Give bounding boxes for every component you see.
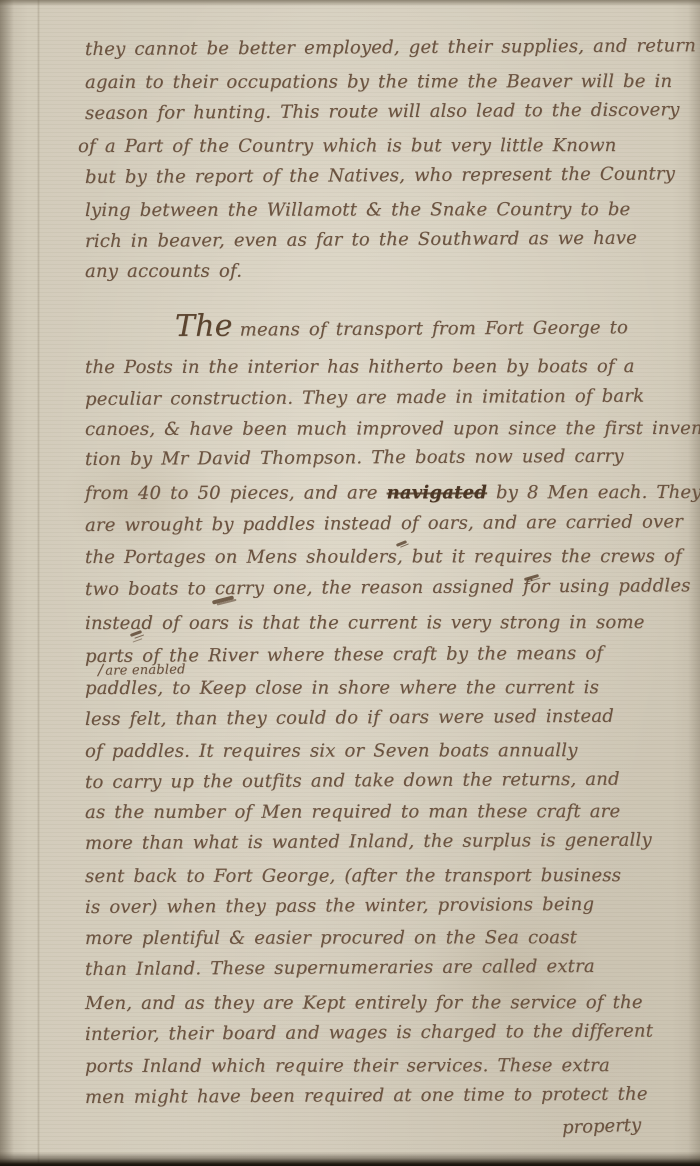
manuscript-line: is over) when they pass the winter, prov… (85, 893, 594, 920)
manuscript-line: ports Inland which require their service… (85, 1054, 610, 1079)
page-bottom-edge-shadow (0, 1152, 700, 1166)
manuscript-line: tion by Mr David Thompson. The boats now… (85, 445, 624, 472)
manuscript-line: but by the report of the Natives, who re… (85, 162, 675, 190)
manuscript-line: are wrought by paddles instead of oars, … (85, 510, 683, 538)
page-top-edge-shadow (0, 0, 700, 6)
manuscript-line: to carry up the outfits and take down th… (85, 768, 620, 795)
manuscript-line: season for hunting. This route will also… (85, 98, 680, 126)
manuscript-line: less felt, than they could do if oars we… (85, 705, 614, 732)
manuscript-line: rich in beaver, even as far to the South… (85, 227, 637, 254)
catchword: property (562, 1115, 642, 1139)
manuscript-line: two boats to carry one, the reason assig… (85, 574, 691, 602)
manuscript-line: peculiar construction. They are made in … (85, 385, 644, 412)
manuscript-line: as the number of Men required to man the… (85, 800, 620, 825)
manuscript-line: sent back to Fort George, (after the tra… (85, 864, 621, 889)
manuscript-line: interior, their board and wages is charg… (85, 1020, 653, 1047)
manuscript-line: than Inland. These supernumeraries are c… (85, 955, 595, 982)
manuscript-line: any accounts of. (85, 260, 242, 284)
manuscript-line: the Portages on Mens shoulders, but it r… (85, 545, 682, 570)
manuscript-line: the Posts in the interior has hitherto b… (85, 355, 635, 380)
manuscript-line: again to their occupations by the time t… (85, 70, 672, 95)
paragraph-initial-word: The (175, 309, 233, 344)
page-left-edge-shadow (0, 0, 14, 1166)
manuscript-line: canoes, & have been much improved upon s… (85, 417, 700, 442)
manuscript-line: men might have been required at one time… (85, 1083, 648, 1110)
manuscript-line: paddles, to Keep close in shore where th… (85, 676, 599, 701)
manuscript-line: they cannot be better employed, get thei… (85, 34, 696, 62)
interlinear-insertion: ∕are enabled (98, 659, 186, 679)
opening-line-text: means of transport from Fort George to (240, 317, 629, 340)
manuscript-line: more plentiful & easier procured on the … (85, 926, 577, 951)
manuscript-line: lying between the Willamott & the Snake … (85, 198, 630, 223)
paper-fold-line (37, 0, 40, 1166)
manuscript-line: instead of oars is that the current is v… (85, 611, 645, 636)
manuscript-line corrected-line: from 40 to 50 pieces, and are navigated … (85, 481, 700, 506)
insertion-caret-mark: ∕ (98, 661, 104, 679)
manuscript-page: they cannot be better employed, get thei… (0, 0, 700, 1166)
line-text-before-correction: from 40 to 50 pieces, and are (85, 482, 387, 504)
insertion-text: are enabled (105, 662, 186, 678)
manuscript-line: more than what is wanted Inland, the sur… (85, 829, 652, 856)
line-text-after-correction: by 8 Men each. They (487, 482, 700, 503)
manuscript-line: of paddles. It requires six or Seven boa… (85, 739, 578, 764)
manuscript-line: of a Part of the Country which is but ve… (78, 134, 617, 159)
overwritten-word: navigated (387, 482, 487, 503)
manuscript-line paragraph-opening: Themeans of transport from Fort George t… (175, 312, 628, 343)
manuscript-line: Men, and as they are Kept entirely for t… (85, 991, 643, 1016)
